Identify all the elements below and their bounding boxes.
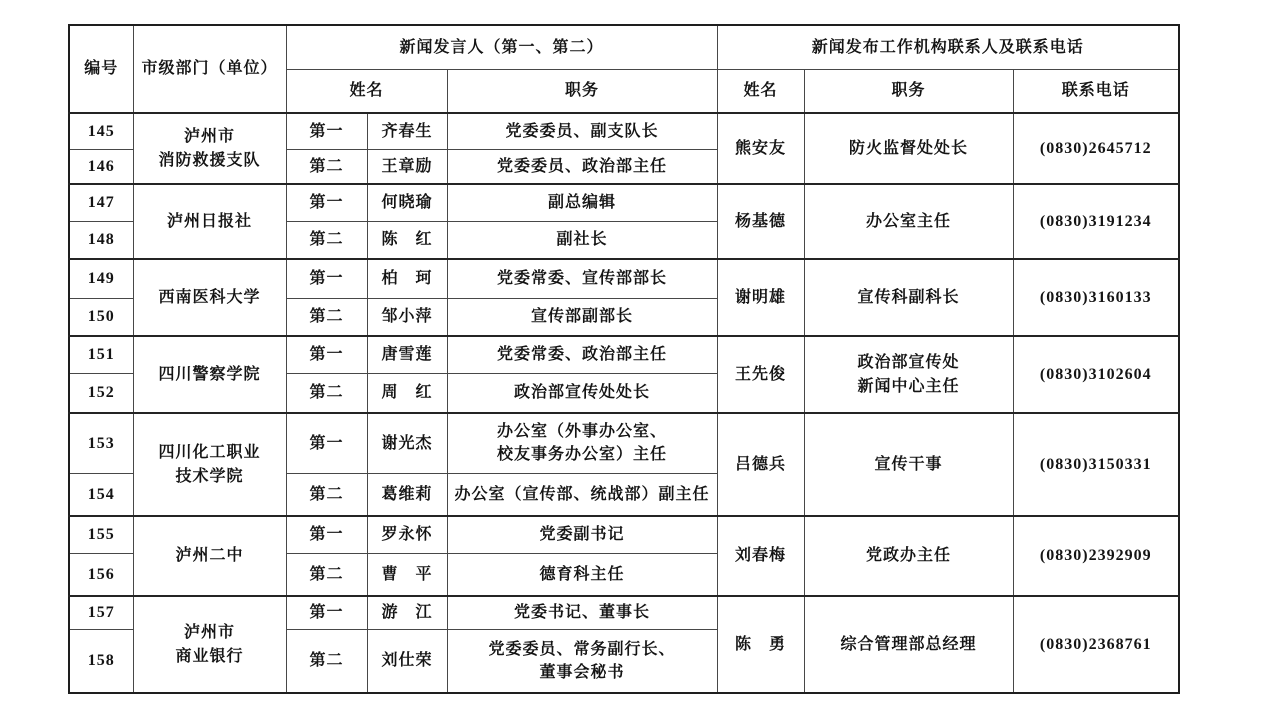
spokesperson-rank: 第二	[286, 473, 367, 516]
contact-title: 宣传干事	[804, 413, 1013, 516]
spokesperson-name: 葛维莉	[367, 473, 447, 516]
spokesperson-name: 王章励	[367, 149, 447, 184]
contact-title: 综合管理部总经理	[804, 596, 1013, 693]
row-number: 150	[69, 298, 133, 336]
spokesperson-name: 罗永怀	[367, 516, 447, 553]
spokesperson-name: 唐雪莲	[367, 336, 447, 373]
contact-name: 刘春梅	[717, 516, 804, 596]
header-number: 编号	[69, 25, 133, 113]
spokesperson-rank: 第二	[286, 629, 367, 693]
spokesperson-rank: 第一	[286, 516, 367, 553]
row-number: 147	[69, 184, 133, 221]
contact-title: 政治部宣传处 新闻中心主任	[804, 336, 1013, 413]
spokesperson-table: 编号 市级部门（单位） 新闻发言人（第一、第二） 新闻发布工作机构联系人及联系电…	[68, 24, 1180, 694]
row-number: 158	[69, 629, 133, 693]
spokesperson-rank: 第一	[286, 336, 367, 373]
contact-name: 吕德兵	[717, 413, 804, 516]
department-cell: 泸州二中	[133, 516, 286, 596]
spokesperson-title: 德育科主任	[447, 553, 717, 596]
contact-name: 王先俊	[717, 336, 804, 413]
spokesperson-title: 政治部宣传处处长	[447, 373, 717, 413]
department-cell: 西南医科大学	[133, 259, 286, 336]
department-cell: 泸州日报社	[133, 184, 286, 259]
header-contact-phone: 联系电话	[1013, 69, 1179, 113]
spokesperson-name: 曹 平	[367, 553, 447, 596]
spokesperson-name: 谢光杰	[367, 413, 447, 473]
contact-phone: (0830)2368761	[1013, 596, 1179, 693]
department-cell: 泸州市 商业银行	[133, 596, 286, 693]
spokesperson-title: 宣传部副部长	[447, 298, 717, 336]
header-spokesperson-title: 职务	[447, 69, 717, 113]
header-contact-group: 新闻发布工作机构联系人及联系电话	[717, 25, 1179, 69]
row-number: 145	[69, 113, 133, 149]
spokesperson-name: 刘仕荣	[367, 629, 447, 693]
spokesperson-title: 党委常委、政治部主任	[447, 336, 717, 373]
row-number: 152	[69, 373, 133, 413]
contact-phone: (0830)2392909	[1013, 516, 1179, 596]
spokesperson-rank: 第一	[286, 113, 367, 149]
spokesperson-name: 柏 珂	[367, 259, 447, 298]
contact-phone: (0830)3150331	[1013, 413, 1179, 516]
spokesperson-rank: 第二	[286, 373, 367, 413]
row-number: 151	[69, 336, 133, 373]
spokesperson-name: 邹小萍	[367, 298, 447, 336]
contact-phone: (0830)2645712	[1013, 113, 1179, 184]
spokesperson-title: 办公室（宣传部、统战部）副主任	[447, 473, 717, 516]
contact-phone: (0830)3191234	[1013, 184, 1179, 259]
header-contact-title: 职务	[804, 69, 1013, 113]
spokesperson-rank: 第一	[286, 413, 367, 473]
contact-name: 熊安友	[717, 113, 804, 184]
contact-name: 陈 勇	[717, 596, 804, 693]
spokesperson-name: 何晓瑜	[367, 184, 447, 221]
contact-title: 党政办主任	[804, 516, 1013, 596]
spokesperson-name: 齐春生	[367, 113, 447, 149]
header-spokesperson-group: 新闻发言人（第一、第二）	[286, 25, 717, 69]
row-number: 148	[69, 221, 133, 259]
header-spokesperson-name: 姓名	[286, 69, 447, 113]
spokesperson-rank: 第一	[286, 184, 367, 221]
row-number: 157	[69, 596, 133, 629]
department-cell: 泸州市 消防救援支队	[133, 113, 286, 184]
row-number: 153	[69, 413, 133, 473]
spokesperson-title: 党委委员、政治部主任	[447, 149, 717, 184]
row-number: 146	[69, 149, 133, 184]
spokesperson-title: 党委常委、宣传部部长	[447, 259, 717, 298]
contact-name: 谢明雄	[717, 259, 804, 336]
spokesperson-rank: 第二	[286, 221, 367, 259]
contact-title: 宣传科副科长	[804, 259, 1013, 336]
spokesperson-name: 周 红	[367, 373, 447, 413]
department-cell: 四川警察学院	[133, 336, 286, 413]
spokesperson-title: 党委委员、常务副行长、 董事会秘书	[447, 629, 717, 693]
spokesperson-rank: 第一	[286, 259, 367, 298]
spokesperson-title: 副社长	[447, 221, 717, 259]
spokesperson-rank: 第一	[286, 596, 367, 629]
spokesperson-name: 陈 红	[367, 221, 447, 259]
spokesperson-title: 党委副书记	[447, 516, 717, 553]
spokesperson-name: 游 江	[367, 596, 447, 629]
document-page: 编号 市级部门（单位） 新闻发言人（第一、第二） 新闻发布工作机构联系人及联系电…	[0, 0, 1280, 705]
department-cell: 四川化工职业 技术学院	[133, 413, 286, 516]
contact-phone: (0830)3102604	[1013, 336, 1179, 413]
row-number: 156	[69, 553, 133, 596]
row-number: 154	[69, 473, 133, 516]
spokesperson-title: 党委委员、副支队长	[447, 113, 717, 149]
contact-phone: (0830)3160133	[1013, 259, 1179, 336]
spokesperson-title: 党委书记、董事长	[447, 596, 717, 629]
row-number: 155	[69, 516, 133, 553]
contact-title: 防火监督处处长	[804, 113, 1013, 184]
spokesperson-title: 副总编辑	[447, 184, 717, 221]
spokesperson-rank: 第二	[286, 298, 367, 336]
spokesperson-title: 办公室（外事办公室、 校友事务办公室）主任	[447, 413, 717, 473]
spokesperson-rank: 第二	[286, 553, 367, 596]
spokesperson-rank: 第二	[286, 149, 367, 184]
header-department: 市级部门（单位）	[133, 25, 286, 113]
row-number: 149	[69, 259, 133, 298]
header-contact-name: 姓名	[717, 69, 804, 113]
contact-title: 办公室主任	[804, 184, 1013, 259]
contact-name: 杨基德	[717, 184, 804, 259]
